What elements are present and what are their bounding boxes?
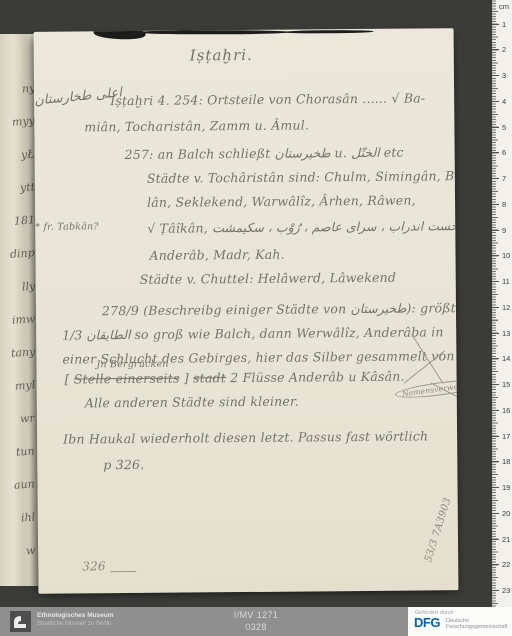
- ruler-cm-tick: 2: [492, 49, 512, 50]
- facing-page-fragment: tany: [10, 345, 35, 360]
- insertion-note: Jn Bergrücken: [96, 359, 168, 371]
- ruler-cm-tick: 12: [492, 307, 512, 308]
- manuscript-line: p 326.: [103, 457, 144, 472]
- torn-edge-mark: [139, 30, 289, 34]
- ruler-cm-tick: 14: [492, 358, 512, 359]
- correction-open-bracket: [: [65, 372, 74, 387]
- facing-page-fragment: myl: [14, 378, 35, 392]
- ruler-halfcm-ticks: [492, 0, 498, 607]
- ruler-cm-tick: 10: [492, 255, 512, 256]
- manuscript-line: الطايقان 1/3 so groß wie Balch, dann Wer…: [62, 324, 444, 342]
- ruler: cm 1234567891011121314151617181920212223: [492, 0, 512, 607]
- manuscript-line-corrected: [ Stelle einerseits ] stadt 2 Flüsse And…: [65, 369, 405, 387]
- ruler-cm-tick: 22: [492, 564, 512, 565]
- ruler-cm-tick: 11: [492, 281, 512, 282]
- bottom-pencil-number: 326: [82, 559, 106, 573]
- manuscript-line: miân, Tocharistân, Zamm u. Âmul.: [84, 117, 309, 134]
- correction-close-bracket: ]: [180, 370, 194, 385]
- manuscript-line: Ibn Haukal wiederholt diesen letzt. Pass…: [63, 428, 428, 446]
- ruler-cm-tick: 5: [492, 127, 512, 128]
- ruler-cm-tick: 4: [492, 101, 512, 102]
- manuscript-line: 278/9 (Beschreibg einiger Städte von طخي…: [102, 300, 459, 318]
- torn-edge-mark: [93, 28, 145, 40]
- facing-page-fragment: 181: [14, 213, 36, 227]
- facing-page-fragment: aun: [14, 477, 36, 491]
- ruler-cm-tick: 15: [492, 384, 512, 385]
- ruler-cm-tick: 3: [492, 75, 512, 76]
- facing-page-fragment: tun: [16, 444, 35, 458]
- margin-note-tabkan: * fr. Tabkân?: [35, 221, 98, 233]
- manuscript-line: Anderâb, Madr, Kah.: [149, 247, 284, 263]
- torn-edge-mark: [284, 30, 374, 34]
- struck-text: stadt: [193, 370, 226, 385]
- manuscript-line: Alle anderen Städte sind kleiner.: [85, 394, 299, 411]
- ruler-cm-tick: 1: [492, 24, 512, 25]
- manuscript-line: Iṣṭaḫri 4. 254: Ortsteile von Chorasân .…: [110, 90, 425, 108]
- manuscript-page: Iṣṭaḫri. اعلى طخارستان Iṣṭaḫri 4. 254: O…: [34, 28, 459, 594]
- manuscript-line: √ Ṭâîkân, خست اندراب ، سرای عاصم ، رُوْب…: [147, 218, 458, 236]
- ruler-cm-tick: 19: [492, 487, 512, 488]
- dfg-name-line2: Forschungsgemeinschaft: [446, 624, 507, 630]
- facing-page-fragment: w: [25, 544, 35, 558]
- facing-page-edge: nymyyyŁytt181dinpllyimwtanymylwrtunaunih…: [0, 34, 38, 586]
- manuscript-line: 257: an Balch schließt طخيرستان u. الختّ…: [125, 145, 404, 162]
- manuscript-line: Städte v. Chuttel: Helâwerd, Lâwekend: [140, 270, 396, 287]
- ruler-unit-label: cm: [499, 2, 509, 11]
- ruler-cm-tick: 20: [492, 513, 512, 514]
- ruler-cm-tick: 16: [492, 410, 512, 411]
- struck-text: Stelle einerseits: [74, 371, 180, 387]
- pencil-dash: [110, 571, 136, 572]
- vertical-archival-note: 53/3 7A3903: [423, 496, 454, 563]
- manuscript-line: Städte v. Tochâristân sind: Chulm, Simin…: [147, 168, 459, 186]
- ruler-cm-tick: 9: [492, 230, 512, 231]
- ruler-cm-tick: 8: [492, 204, 512, 205]
- facing-page-fragment: wr: [20, 412, 36, 426]
- ruler-cm-tick: 17: [492, 436, 512, 437]
- facing-page-fragment: imw: [11, 312, 35, 327]
- facing-page-fragment: myy: [12, 114, 36, 129]
- facing-page-fragment: ytt: [20, 180, 36, 194]
- correction-rest: 2 Flüsse Anderâb u Kâsân.: [226, 369, 405, 386]
- manuscript-line: lân, Seklekend, Warwâlîz, Ârhen, Râwen,: [147, 193, 416, 210]
- facing-page-fragment: dinp: [10, 246, 36, 261]
- dfg-logo: DFG: [414, 615, 440, 630]
- ruler-cm-tick: 23: [492, 590, 512, 591]
- scan-viewport: nymyyyŁytt181dinpllyimwtanymylwrtunaunih…: [0, 0, 512, 636]
- ruler-cm-tick: 21: [492, 539, 512, 540]
- ruler-cm-tick: 18: [492, 461, 512, 462]
- facing-page-fragment: yŁ: [21, 148, 35, 162]
- ruler-cm-tick: 6: [492, 152, 512, 153]
- facing-page-fragment: ihl: [20, 511, 35, 525]
- ruler-cm-tick: 7: [492, 178, 512, 179]
- facing-page-fragment: lly: [21, 280, 35, 294]
- dfg-name: Deutsche Forschungsgemeinschaft: [446, 618, 507, 630]
- footer-bar: Ethnologisches Museum Staatliche Museen …: [0, 607, 512, 636]
- dfg-funding-box: Gefördert durch DFG Deutsche Forschungsg…: [408, 607, 512, 636]
- ruler-cm-tick: 13: [492, 333, 512, 334]
- page-title: Iṣṭaḫri.: [190, 46, 253, 65]
